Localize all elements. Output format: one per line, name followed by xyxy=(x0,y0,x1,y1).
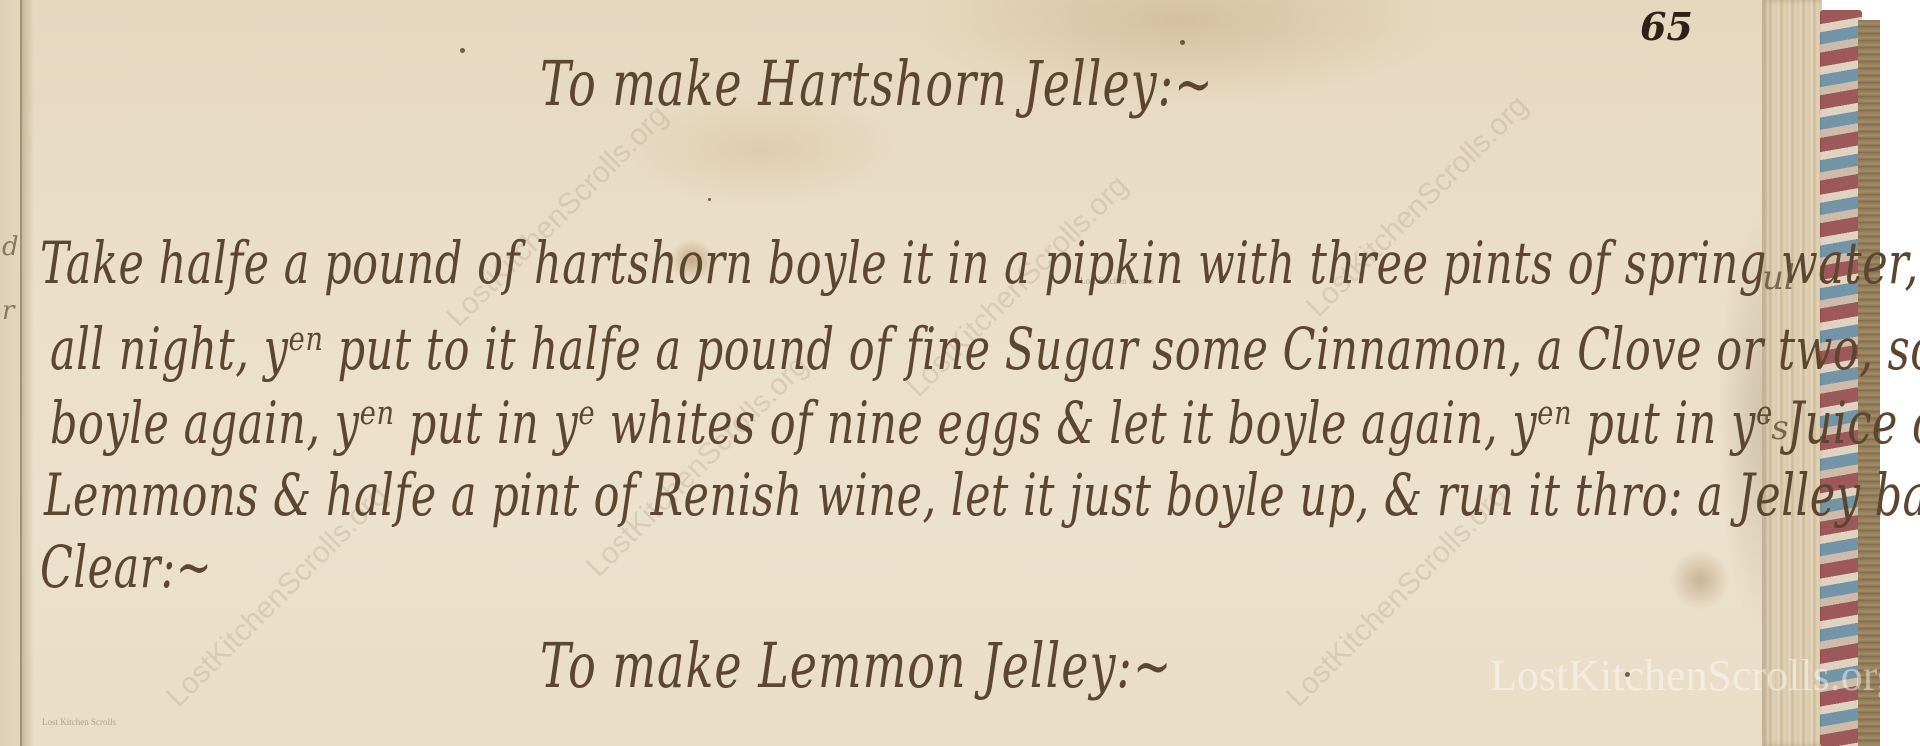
stamp-mark: Lost Kitchen Scrolls xyxy=(42,717,116,727)
gutter-shadow xyxy=(20,0,34,746)
facing-page-fragment: r xyxy=(2,296,14,326)
ink-speck xyxy=(1180,40,1185,45)
recipe-body-line: boyle again, yᵉⁿ put in yᵉ whites of nin… xyxy=(50,391,1920,459)
gutter-fragment: ul xyxy=(1762,258,1795,298)
ink-speck xyxy=(1625,672,1630,677)
ink-speck xyxy=(708,198,711,201)
facing-page-edge xyxy=(0,0,22,746)
recipe-title-lemmon-jelley: To make Lemmon Jelley:~ xyxy=(540,629,1172,702)
recipe-body-line: Clear:~ xyxy=(40,535,212,603)
recipe-body-line: Take halfe a pound of hartshorn boyle it… xyxy=(40,231,1920,299)
recipe-body-line: all night, yᵉⁿ put to it halfe a pound o… xyxy=(50,317,1920,385)
facing-page-fragment: d xyxy=(2,232,19,262)
recipe-body-line: Lemmons & halfe a pint of Renish wine, l… xyxy=(44,463,1920,531)
recipe-title-hartshorn-jelley: To make Hartshorn Jelley:~ xyxy=(540,47,1214,120)
ink-speck xyxy=(460,48,465,53)
manuscript-scan: d r LostKitchenScrolls.org LostKitchenSc… xyxy=(0,0,1920,746)
page-number: 65 xyxy=(1640,4,1693,49)
gutter-fragment: 's xyxy=(1762,408,1789,448)
